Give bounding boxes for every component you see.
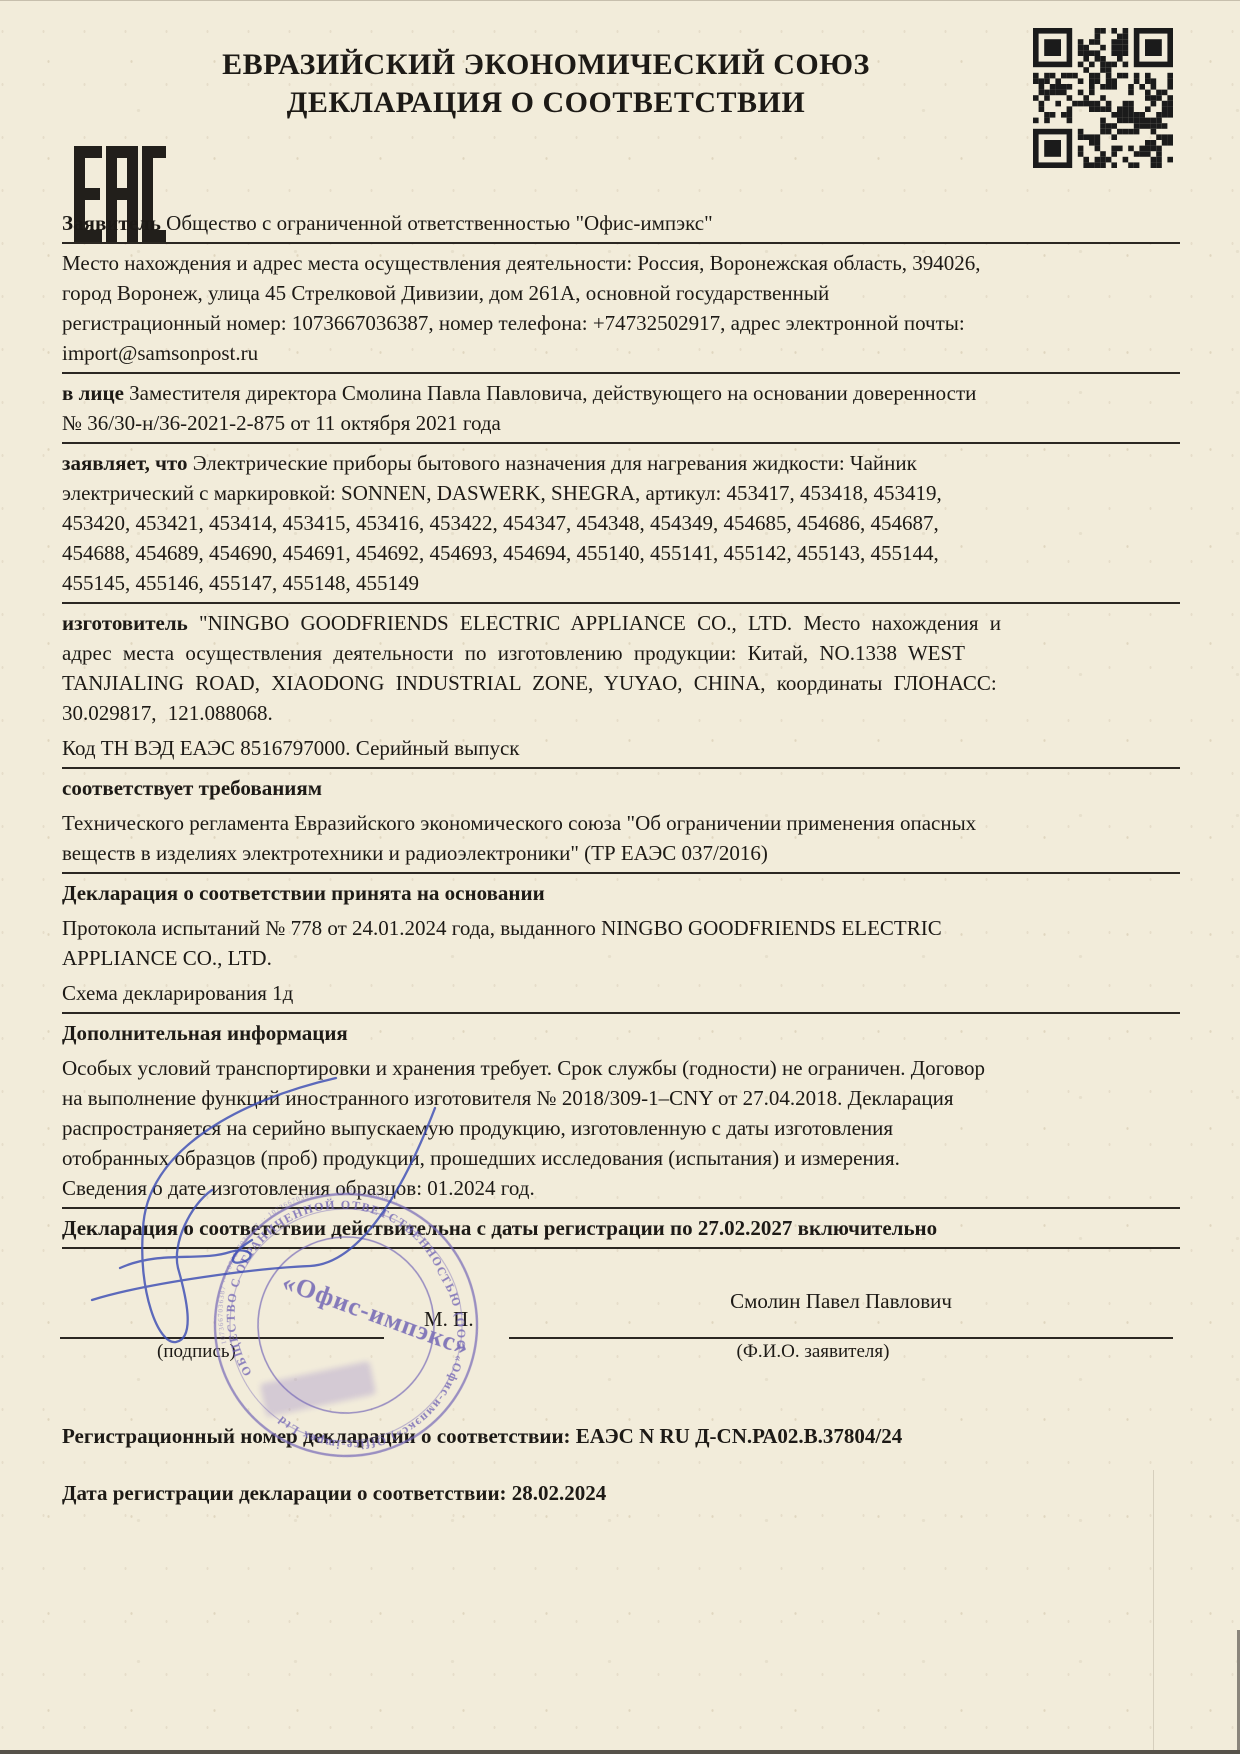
applicant-address: Место нахождения и адрес места осуществл… (62, 246, 1180, 371)
tnved-code-line: Код ТН ВЭД ЕАЭС 8516797000. Серийный вып… (62, 731, 1180, 766)
declares-line: заявляет, что Электрические приборы быто… (62, 446, 1180, 601)
complies-text: Технического регламента Евразийского эко… (62, 806, 1180, 871)
representative-line: в лице Заместителя директора Смолина Пав… (62, 376, 1180, 441)
basis-heading: Декларация о соответствии принята на осн… (62, 876, 1180, 911)
representative-value: Заместителя директора Смолина Павла Павл… (62, 381, 976, 435)
divider (62, 372, 1180, 374)
scan-edge-bottom (0, 1750, 1240, 1754)
declares-label: заявляет, что (62, 451, 187, 475)
divider (62, 872, 1180, 874)
paper-crease (1153, 1470, 1154, 1754)
handwritten-signature (60, 1040, 490, 1370)
fullname-line (509, 1337, 1173, 1339)
scan-edge-top (0, 0, 1240, 1)
applicant-line: Заявитель Общество с ограниченной ответс… (62, 206, 1180, 241)
divider (62, 1012, 1180, 1014)
divider (62, 602, 1180, 604)
title-doc: ДЕКЛАРАЦИЯ О СООТВЕТСТВИИ (62, 84, 1030, 122)
divider (62, 242, 1180, 244)
manufacturer-label: изготовитель (62, 611, 188, 635)
divider (62, 767, 1180, 769)
fullname-caption: (Ф.И.О. заявителя) (481, 1341, 1145, 1363)
scanned-declaration-page: ЕВРАЗИЙСКИЙ ЭКОНОМИЧЕСКИЙ СОЮЗ ДЕКЛАРАЦИ… (0, 0, 1240, 1754)
applicant-label: Заявитель (62, 211, 161, 235)
applicant-value: Общество с ограниченной ответственностью… (166, 211, 713, 235)
representative-label: в лице (62, 381, 124, 405)
document-title: ЕВРАЗИЙСКИЙ ЭКОНОМИЧЕСКИЙ СОЮЗ ДЕКЛАРАЦИ… (62, 46, 1180, 122)
scheme-line: Схема декларирования 1д (62, 976, 1180, 1011)
manufacturer-line: изготовитель "NINGBO GOODFRIENDS ELECTRI… (62, 606, 1180, 731)
title-union: ЕВРАЗИЙСКИЙ ЭКОНОМИЧЕСКИЙ СОЮЗ (62, 46, 1030, 84)
manufacturer-value: "NINGBO GOODFRIENDS ELECTRIC APPLIANCE C… (62, 611, 1001, 725)
registration-date-line: Дата регистрации декларации о соответств… (62, 1476, 1180, 1511)
divider (62, 442, 1180, 444)
declares-value: Электрические приборы бытового назначени… (62, 451, 942, 595)
basis-text: Протокола испытаний № 778 от 24.01.2024 … (62, 911, 1180, 976)
complies-heading: соответствует требованиям (62, 771, 1180, 806)
applicant-fullname: Смолин Павел Павлович (509, 1289, 1173, 1314)
